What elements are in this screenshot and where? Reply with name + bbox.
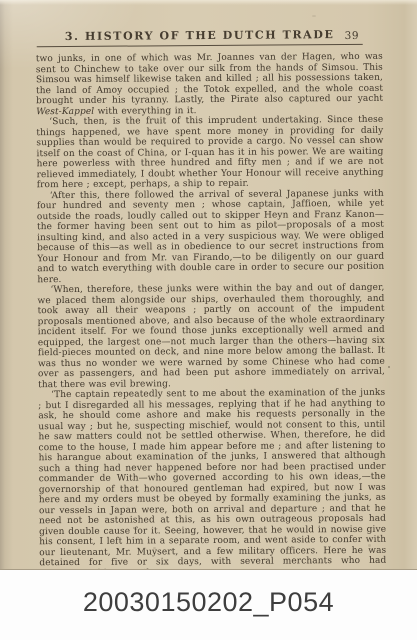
paragraph-1-text: two junks, in one of which was Mr. Joann…	[36, 52, 383, 106]
paragraph-3: ‘After this, there followed the arrival …	[37, 188, 385, 285]
ship-name-italic: West-Kappel	[36, 106, 94, 116]
scan-footer-strip: 20030150202_P054	[0, 570, 417, 640]
paper-stain	[368, 544, 371, 547]
paper-speck	[388, 366, 390, 368]
scan-id-caption: 20030150202_P054	[83, 587, 334, 618]
page-number: 39	[345, 30, 359, 42]
body-text-block: two junks, in one of which was Mr. Joann…	[36, 52, 387, 570]
paragraph-1-text-end: with everything in it.	[94, 106, 196, 117]
paper-speck	[133, 527, 135, 529]
paper-stain	[312, 15, 316, 17]
running-head-title: 3. HISTORY OF THE DUTCH TRADE	[37, 28, 363, 43]
page-content: 3. HISTORY OF THE DUTCH TRADE 39 two jun…	[0, 0, 417, 570]
header-rule	[37, 44, 363, 47]
scanned-book-page: 3. HISTORY OF THE DUTCH TRADE 39 two jun…	[0, 0, 417, 570]
paragraph-4: ‘When, therefore, these junks were withi…	[37, 283, 385, 390]
paragraph-2: ‘Such, then, is the fruit of this imprud…	[36, 115, 384, 191]
paragraph-1: two junks, in one of which was Mr. Joann…	[36, 52, 383, 117]
paragraph-5: ‘The captain repeatedly sent to me about…	[38, 388, 386, 570]
screenshot-root: 3. HISTORY OF THE DUTCH TRADE 39 two jun…	[0, 0, 417, 640]
paper-stain	[153, 547, 156, 549]
